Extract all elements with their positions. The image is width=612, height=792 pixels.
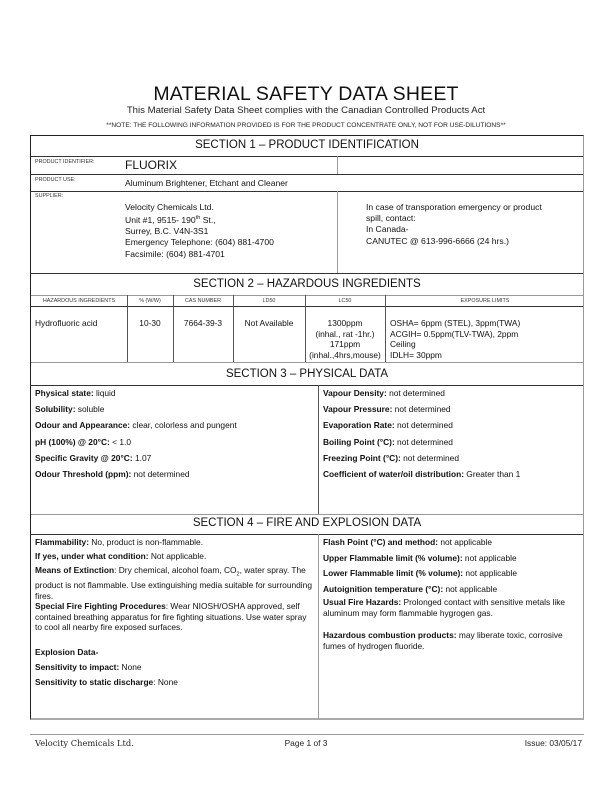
section1-title: SECTION 1 – PRODUCT IDENTIFICATION (31, 139, 583, 151)
column-header: % (W/W) (127, 298, 173, 304)
product-use-label: PRODUCT USE: (35, 177, 76, 183)
emergency-contact: In case of transporation emergency or pr… (366, 202, 542, 247)
product-identifier: FLUORIX (125, 160, 177, 171)
data-field: pH (100%) @ 20°C: < 1.0 (35, 437, 131, 447)
flammability: Flammability: No, product is non-flammab… (35, 537, 203, 547)
supplier-label: SUPPLIER: (35, 193, 63, 199)
divider (337, 156, 338, 174)
data-field: Autoignition temperature (°C): not appli… (323, 584, 497, 594)
msds-table: SECTION 1 – PRODUCT IDENTIFICATION PRODU… (30, 135, 584, 720)
divider (31, 306, 583, 307)
data-field: Lower Flammable limit (% volume): not ap… (323, 568, 517, 578)
divider (318, 385, 319, 514)
divider (385, 295, 386, 362)
product-identifier-label: PRODUCT IDENTIFIER: (35, 159, 95, 165)
footer-divider (30, 734, 584, 735)
data-field: Freezing Point (°C): not determined (323, 453, 459, 463)
supplier-name: Velocity Chemicals Ltd. (125, 202, 274, 213)
supplier-address1: Unit #1, 9515- 190th St., (125, 213, 274, 226)
data-field: Evaporation Rate: not determined (323, 420, 453, 430)
sensitivity-impact: Sensitivity to impact: None (35, 662, 142, 672)
column-header: LC50 (305, 298, 385, 304)
divider (31, 174, 583, 175)
divider (31, 362, 583, 363)
column-header: HAZARDOUS INGREDIENTS (31, 298, 127, 304)
hazardous-combustion-products: Hazardous combustion products: may liber… (323, 630, 581, 651)
ingredient-exposure-limits: OSHA= 6ppm (STEL), 3ppm(TWA) ACGIH= 0.5p… (390, 318, 520, 360)
data-field: Solubility: soluble (35, 404, 104, 414)
column-header: CAS NUMBER (173, 298, 233, 304)
section3-title: SECTION 3 – PHYSICAL DATA (31, 368, 583, 380)
footer-page-number: Page 1 of 3 (0, 738, 612, 748)
data-field: Coefficient of water/oil distribution: G… (323, 469, 520, 479)
explosion-data-label: Explosion Data- (35, 647, 98, 657)
column-header: EXPOSURE LIMITS (385, 298, 585, 304)
data-field: Vapour Density: not determined (323, 388, 445, 398)
ingredient-percent: 10-30 (127, 318, 173, 329)
divider (31, 156, 583, 157)
sensitivity-static: Sensitivity to static discharge: None (35, 677, 178, 687)
divider (31, 295, 583, 296)
data-field: Specific Gravity @ 20°C: 1.07 (35, 453, 151, 463)
flammability-condition: If yes, under what condition: Not applic… (35, 551, 206, 561)
document-note: **NOTE: THE FOLLOWING INFORMATION PROVID… (0, 122, 612, 129)
document-subtitle: This Material Safety Data Sheet complies… (0, 105, 612, 116)
divider (31, 191, 583, 192)
ingredient-cas: 7664-39-3 (173, 318, 233, 329)
column-header: LD50 (233, 298, 305, 304)
divider (31, 273, 583, 274)
usual-fire-hazards: Usual Fire Hazards: Prolonged contact wi… (323, 597, 581, 618)
footer-issue-date: Issue: 03/05/17 (525, 738, 582, 748)
data-field: Upper Flammable limit (% volume): not ap… (323, 553, 517, 563)
divider (31, 534, 583, 535)
divider (337, 191, 338, 273)
data-field: Flash Point (°C) and method: not applica… (323, 537, 492, 547)
data-field: Boiling Point (°C): not determined (323, 437, 453, 447)
ingredient-ld50: Not Available (233, 318, 305, 329)
divider (31, 514, 583, 515)
divider (318, 534, 319, 719)
supplier-address2: Surrey, B.C. V4N-3S1 (125, 226, 274, 237)
divider (31, 385, 583, 386)
means-of-extinction: Means of Extinction: Dry chemical, alcoh… (35, 565, 313, 601)
supplier-emergency-phone: Emergency Telephone: (604) 881-4700 (125, 237, 274, 248)
supplier-block: Velocity Chemicals Ltd. Unit #1, 9515- 1… (125, 202, 274, 260)
section4-title: SECTION 4 – FIRE AND EXPLOSION DATA (31, 517, 583, 529)
ingredient-name: Hydrofluoric acid (35, 318, 97, 329)
product-use: Aluminum Brightener, Etchant and Cleaner (125, 178, 288, 189)
data-field: Odour and Appearance: clear, colorless a… (35, 420, 237, 430)
special-fire-fighting-procedures: Special Fire Fighting Procedures: Wear N… (35, 601, 313, 633)
supplier-fax: Facsimile: (604) 881-4701 (125, 249, 274, 260)
data-field: Vapour Pressure: not determined (323, 404, 451, 414)
document-title: MATERIAL SAFETY DATA SHEET (0, 83, 612, 106)
data-field: Physical state: liquid (35, 388, 116, 398)
section2-title: SECTION 2 – HAZARDOUS INGREDIENTS (31, 278, 583, 290)
data-field: Odour Threshold (ppm): not determined (35, 469, 190, 479)
ingredient-lc50: 1300ppm (inhal., rat -1hr.) 171ppm (inha… (305, 318, 385, 360)
